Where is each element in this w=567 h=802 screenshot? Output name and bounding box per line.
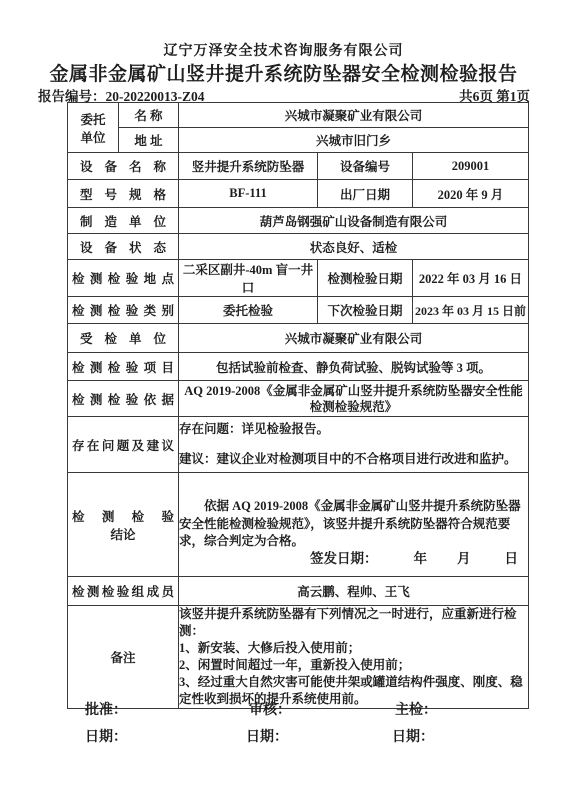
client-unit-label-line1: 委托 <box>68 110 118 128</box>
category-label-cell: 检测检验类别 <box>68 297 179 324</box>
table-row: 型号规格 BF-111 出厂日期 2020 年 9 月 <box>68 180 529 208</box>
sign-month-label: 月 <box>457 551 471 566</box>
client-unit-label-cell: 委托 单位 <box>68 103 119 153</box>
conclusion-value: 依据 AQ 2019-2008《金属非金属矿山竖井提升系统防坠器安全性能检测检验… <box>179 473 529 577</box>
table-row: 地 址 兴城市旧门乡 <box>68 128 529 153</box>
conclusion-label-line2: 结论 <box>68 525 178 543</box>
report-title: 金属非金属矿山竖井提升系统防坠器安全检测检验报告 <box>0 59 567 86</box>
remarks-line: 该竖井提升系统防坠器有下列情况之一时进行，应重新进行检测： <box>179 606 528 640</box>
items-value: 包括试验前检查、静负荷试验、脱钩试验等 3 项。 <box>179 353 529 381</box>
approve-date-label: 日期： <box>85 726 127 746</box>
team-label-cell: 检测检验组成员 <box>68 577 179 606</box>
review-date-label: 日期： <box>246 726 288 746</box>
device-number-label: 设备编号 <box>318 153 413 180</box>
next-date-label: 下次检验日期 <box>318 297 413 324</box>
basis-value: AQ 2019-2008《金属非金属矿山竖井提升系统防坠器安全性能检测检验规范》 <box>179 381 529 417</box>
category-value: 委托检验 <box>179 297 318 324</box>
client-name-value: 兴城市凝聚矿业有限公司 <box>179 103 529 128</box>
table-row: 制造单位 葫芦岛钢强矿山设备制造有限公司 <box>68 208 529 234</box>
inspect-date-label: 检测检验日期 <box>318 260 413 297</box>
device-number-value: 209001 <box>413 153 529 180</box>
table-row: 检测检验项目 包括试验前检查、静负荷试验、脱钩试验等 3 项。 <box>68 353 529 381</box>
problems-label-cell: 存在问题及建议 <box>68 417 179 473</box>
items-label-cell: 检测检验项目 <box>68 353 179 381</box>
device-name-label-cell: 设备名称 <box>68 153 179 180</box>
sign-date-label: 签发日期： <box>310 551 378 566</box>
team-value: 高云鹏、程帅、王飞 <box>179 577 529 606</box>
client-unit-label-line2: 单位 <box>68 128 118 146</box>
device-status-label-cell: 设备状态 <box>68 234 179 260</box>
client-name-label: 名 称 <box>119 103 179 128</box>
table-row: 检测检验类别 委托检验 下次检验日期 2023 年 03 月 15 日前 <box>68 297 529 324</box>
problems-value: 存在问题：详见检验报告。 建议：建议企业对检测项目中的不合格项目进行改进和监护。 <box>179 417 529 473</box>
device-name-value: 竖井提升系统防坠器 <box>179 153 318 180</box>
conclusion-text: 依据 AQ 2019-2008《金属非金属矿山竖井提升系统防坠器安全性能检测检验… <box>179 498 528 551</box>
sign-day-label: 日 <box>505 551 519 566</box>
inspect-date-value: 2022 年 03 月 16 日 <box>413 260 529 297</box>
remarks-line: 2、闲置时间超过一年，重新投入使用前； <box>179 657 528 674</box>
table-row: 检测检验地点 二采区副井-40m 盲一井口 检测检验日期 2022 年 03 月… <box>68 260 529 297</box>
client-address-label: 地 址 <box>119 128 179 153</box>
table-row: 备注 该竖井提升系统防坠器有下列情况之一时进行，应重新进行检测： 1、新安装、大… <box>68 606 529 709</box>
conclusion-label-cell: 检测检验 结论 <box>68 473 179 577</box>
problems-line1: 存在问题：详见检验报告。 <box>179 421 528 438</box>
conclusion-label-line1: 检测检验 <box>68 507 178 525</box>
manufacturer-value: 葫芦岛钢强矿山设备制造有限公司 <box>179 208 529 234</box>
review-label: 审核： <box>249 699 291 719</box>
device-status-value: 状态良好、适检 <box>179 234 529 260</box>
inspected-unit-value: 兴城市凝聚矿业有限公司 <box>179 324 529 353</box>
location-label-cell: 检测检验地点 <box>68 260 179 297</box>
problems-line2: 建议：建议企业对检测项目中的不合格项目进行改进和监护。 <box>179 451 528 468</box>
table-row: 受检单位 兴城市凝聚矿业有限公司 <box>68 324 529 353</box>
model-value: BF-111 <box>179 180 318 208</box>
location-value: 二采区副井-40m 盲一井口 <box>179 260 318 297</box>
manufacturer-label-cell: 制造单位 <box>68 208 179 234</box>
report-page: 辽宁万泽安全技术咨询服务有限公司 金属非金属矿山竖井提升系统防坠器安全检测检验报… <box>0 0 567 802</box>
company-name: 辽宁万泽安全技术咨询服务有限公司 <box>0 40 567 60</box>
remarks-line: 1、新安装、大修后投入使用前； <box>179 640 528 657</box>
mfg-date-value: 2020 年 9 月 <box>413 180 529 208</box>
remarks-value: 该竖井提升系统防坠器有下列情况之一时进行，应重新进行检测： 1、新安装、大修后投… <box>179 606 529 709</box>
table-row: 检测检验组成员 高云鹏、程帅、王飞 <box>68 577 529 606</box>
chief-date-label: 日期： <box>392 726 434 746</box>
next-date-value: 2023 年 03 月 15 日前 <box>413 297 529 324</box>
remarks-line: 3、经过重大自然灾害可能使井架或罐道结构件强度、刚度、稳定性收到损坏的提升系统使… <box>179 674 528 708</box>
sign-year-label: 年 <box>414 551 428 566</box>
table-row: 检测检验 结论 依据 AQ 2019-2008《金属非金属矿山竖井提升系统防坠器… <box>68 473 529 577</box>
sign-date-line: 签发日期：年月日 <box>310 550 518 568</box>
basis-label-cell: 检测检验依据 <box>68 381 179 417</box>
table-row: 设备状态 状态良好、适检 <box>68 234 529 260</box>
table-row: 委托 单位 名 称 兴城市凝聚矿业有限公司 <box>68 103 529 128</box>
table-row: 设备名称 竖井提升系统防坠器 设备编号 209001 <box>68 153 529 180</box>
client-address-value: 兴城市旧门乡 <box>179 128 529 153</box>
approve-label: 批准： <box>85 699 127 719</box>
report-table: 委托 单位 名 称 兴城市凝聚矿业有限公司 地 址 兴城市旧门乡 设备名称 竖井… <box>67 102 529 709</box>
table-row: 检测检验依据 AQ 2019-2008《金属非金属矿山竖井提升系统防坠器安全性能… <box>68 381 529 417</box>
mfg-date-label: 出厂日期 <box>318 180 413 208</box>
remarks-label-cell: 备注 <box>68 606 179 709</box>
table-row: 存在问题及建议 存在问题：详见检验报告。 建议：建议企业对检测项目中的不合格项目… <box>68 417 529 473</box>
inspected-unit-label-cell: 受检单位 <box>68 324 179 353</box>
model-label-cell: 型号规格 <box>68 180 179 208</box>
chief-label: 主检： <box>395 699 437 719</box>
